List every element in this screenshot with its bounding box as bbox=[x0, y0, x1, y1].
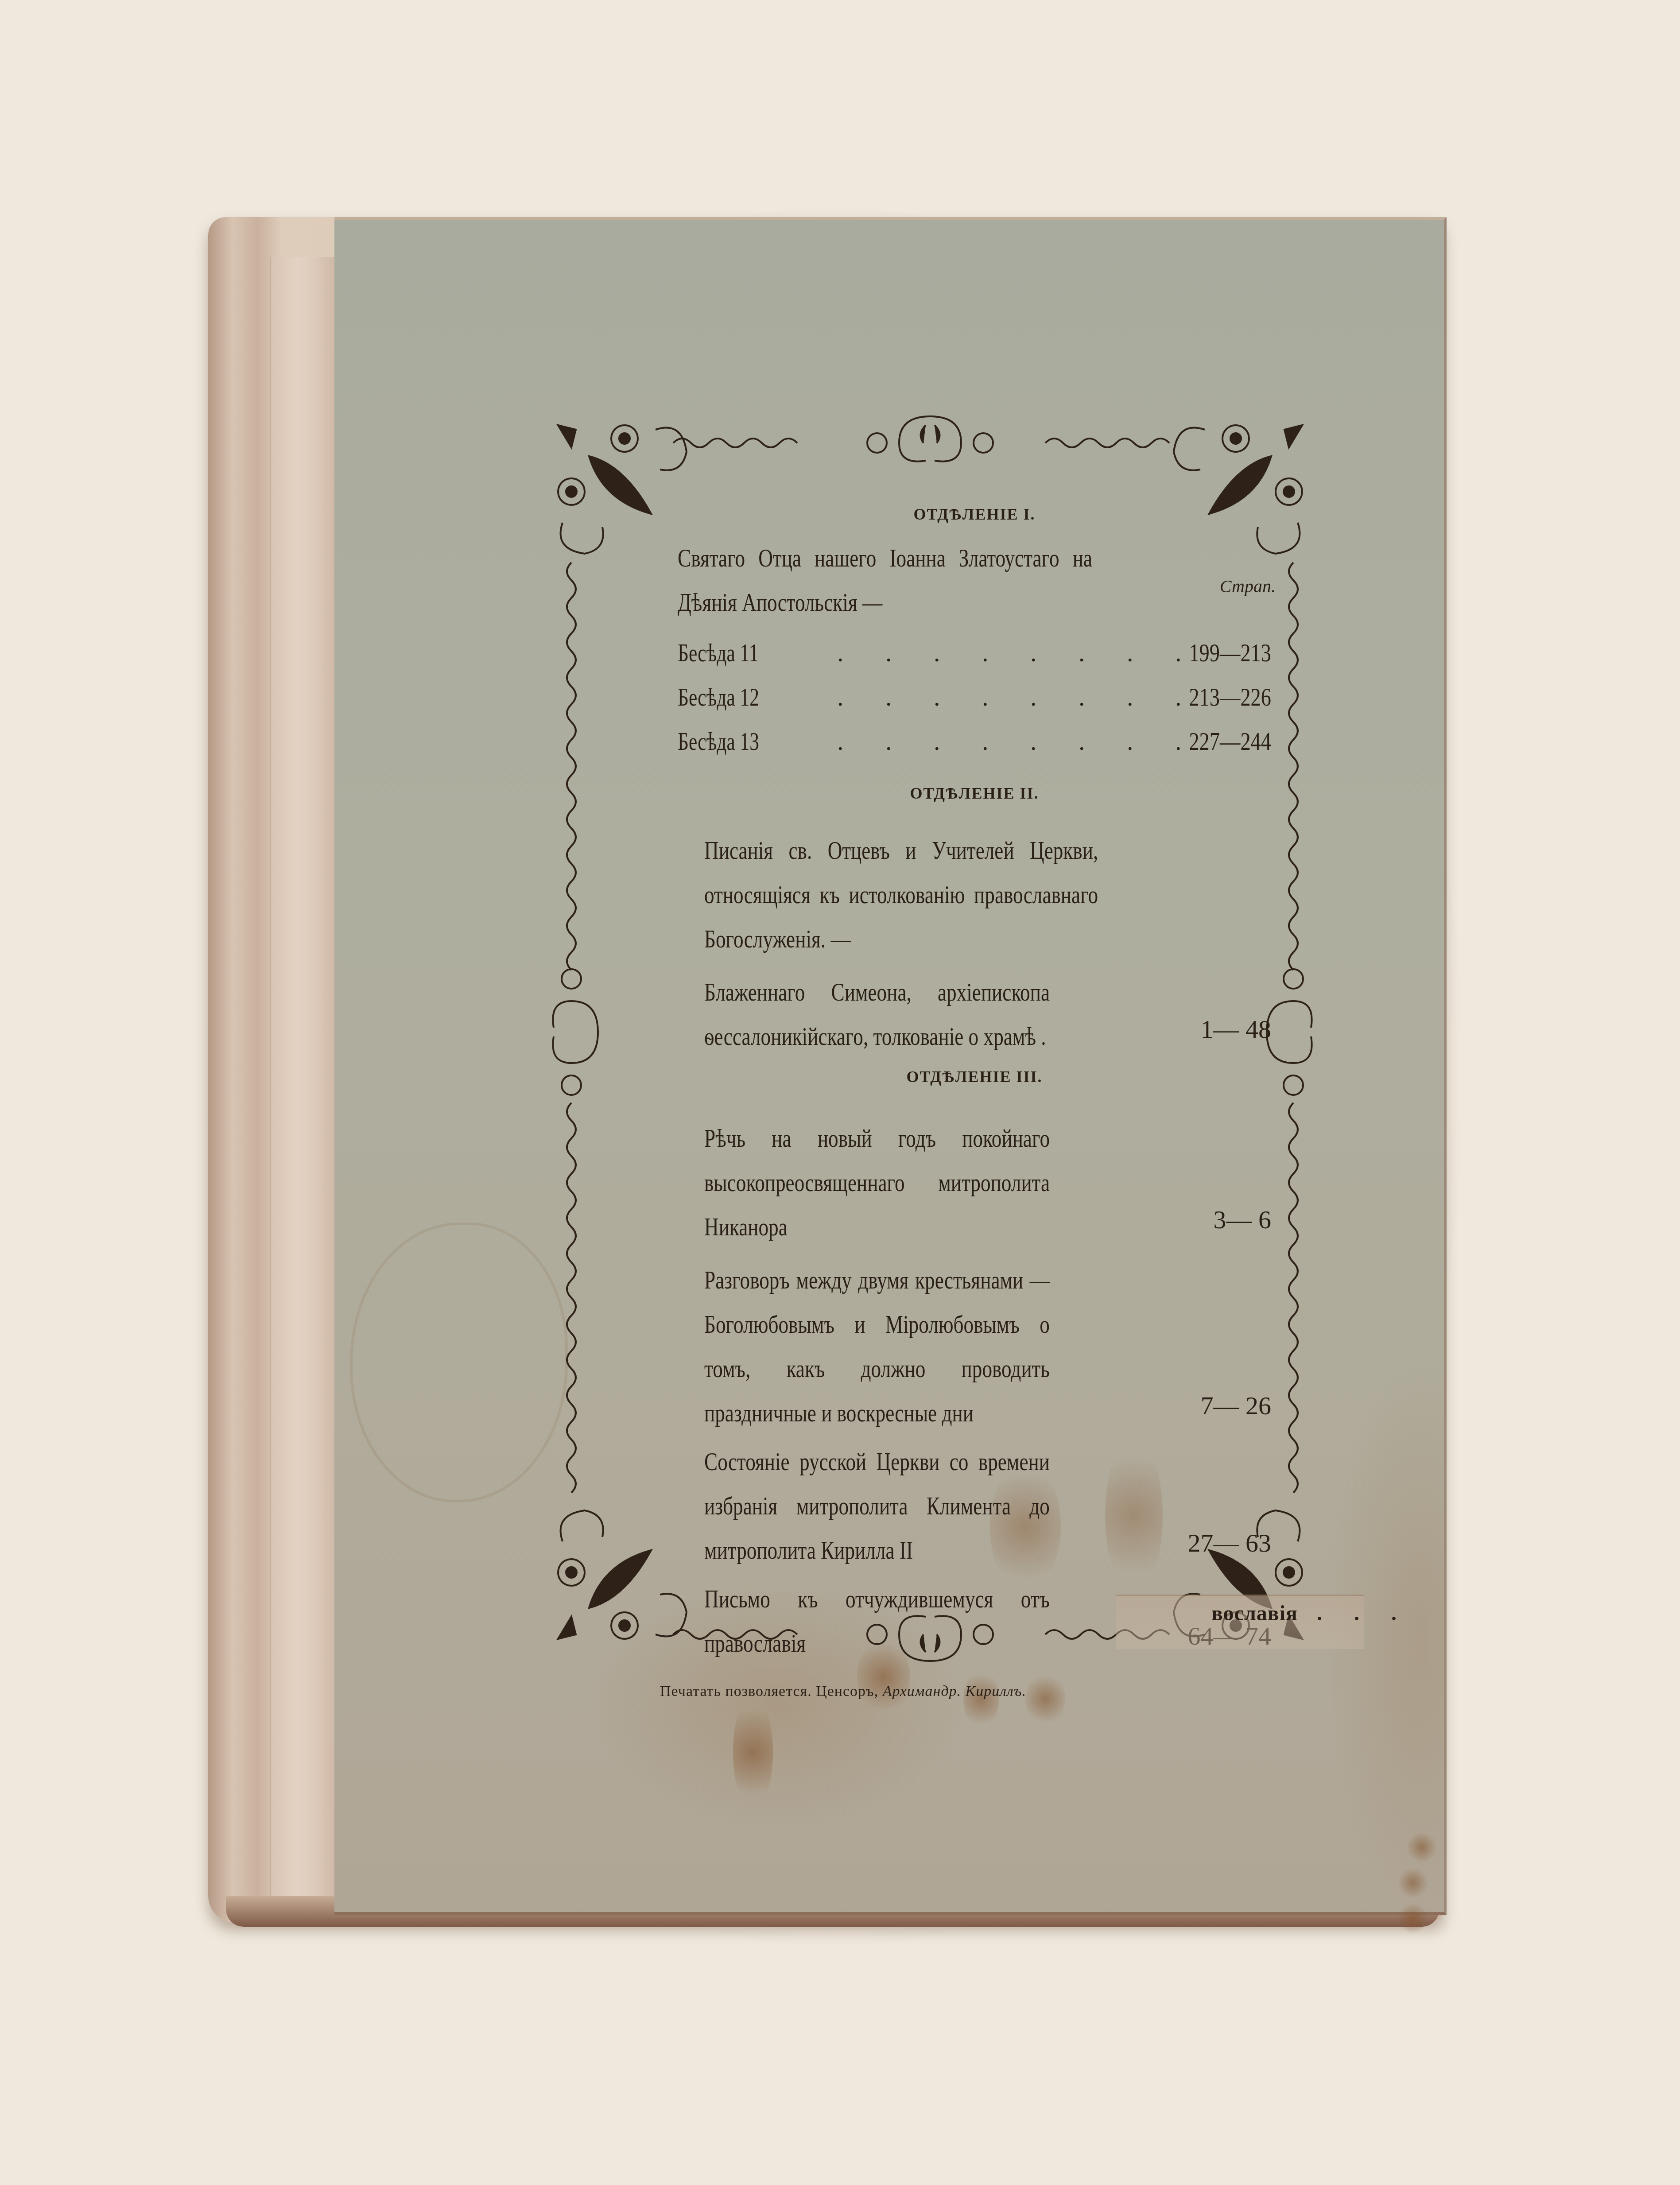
spine-strip bbox=[270, 257, 339, 1896]
entry-title: Рѣчь на новый годъ покойнаго высокопреос… bbox=[704, 1116, 1050, 1249]
section-heading: ОТДѢЛЕНІЕ II. bbox=[678, 784, 1271, 828]
entry-pages: 7— 26 bbox=[1201, 1391, 1272, 1420]
section-2: ОТДѢЛЕНІЕ II. Писанія св. Отцевъ и Учите… bbox=[678, 784, 1271, 1059]
entry-title: Бесѣда 13 bbox=[678, 726, 759, 756]
entry-title: Письмо къ отчуждившемуся отъ православія bbox=[704, 1577, 1050, 1665]
slip-dots: . . . bbox=[1317, 1602, 1410, 1625]
entry-title: Разговоръ между двумя крестьянами — Бого… bbox=[704, 1258, 1050, 1435]
leader-dots: . . . . . . . . bbox=[837, 638, 1199, 668]
water-stain bbox=[1406, 1832, 1437, 1863]
entry-pages: 213—226 bbox=[1189, 682, 1271, 712]
imprimatur-censor: Ценсоръ, bbox=[816, 1683, 878, 1700]
water-stain bbox=[1397, 1867, 1428, 1898]
entry-pages: 1— 48 bbox=[1201, 1014, 1272, 1044]
slip-word: вославія bbox=[1211, 1602, 1298, 1625]
leader-dots: . . . . . . . . bbox=[837, 682, 1199, 712]
section-intro: Писанія св. Отцевъ и Учителей Церкви, от… bbox=[704, 828, 1098, 961]
imprimatur-signature: Архимандр. Кириллъ. bbox=[883, 1683, 1026, 1700]
censor-imprimatur: Печатать позволяется. Ценсоръ, Архимандр… bbox=[660, 1683, 1214, 1700]
water-stain bbox=[733, 1695, 773, 1810]
toc-entry: Рѣчь на новый годъ покойнаго высокопреос… bbox=[678, 1116, 1271, 1249]
entry-title: Бесѣда 12 bbox=[678, 682, 759, 712]
section-heading: ОТДѢЛЕНІЕ I. bbox=[678, 505, 1271, 536]
water-stain bbox=[1397, 1903, 1428, 1934]
section-heading: ОТДѢЛЕНІЕ III. bbox=[678, 1067, 1271, 1116]
section-3: ОТДѢЛЕНІЕ III. Рѣчь на новый годъ покойн… bbox=[678, 1067, 1271, 1665]
section-1: ОТДѢЛЕНІЕ I. Святаго Отца нашего Іоанна … bbox=[678, 505, 1271, 771]
toc-entry: Бесѣда 13 . . . . . . . . 227—244 bbox=[678, 726, 1271, 771]
entry-pages: 199—213 bbox=[1189, 638, 1271, 668]
toc-entry: Бесѣда 12 . . . . . . . . 213—226 bbox=[678, 682, 1271, 726]
pages-column-label: Страп. bbox=[1220, 576, 1276, 597]
toc-entry: Состояніе русской Церкви со времени избр… bbox=[678, 1440, 1271, 1572]
imprimatur-permission: Печатать позволяется. bbox=[660, 1683, 812, 1700]
entry-title: Блаженнаго Симеона, архіепископа ѳессало… bbox=[704, 970, 1050, 1059]
leader-dots: . . . . . . . . bbox=[837, 726, 1199, 756]
table-of-contents: ОТДѢЛЕНІЕ I. Святаго Отца нашего Іоанна … bbox=[678, 505, 1271, 1665]
toc-entry: Бесѣда 11 . . . . . . . . 199—213 bbox=[678, 638, 1271, 682]
entry-title: Состояніе русской Церкви со времени избр… bbox=[704, 1440, 1050, 1572]
entry-pages: 227—244 bbox=[1189, 726, 1271, 756]
entry-pages: 3— 6 bbox=[1214, 1205, 1272, 1234]
toc-entry: Разговоръ между двумя крестьянами — Бого… bbox=[678, 1258, 1271, 1435]
entry-pages: 27— 63 bbox=[1188, 1528, 1272, 1558]
entry-title: Бесѣда 11 bbox=[678, 638, 758, 668]
pasted-slip-text: вославія . . . bbox=[1211, 1601, 1410, 1626]
section-intro: Святаго Отца нашего Іоанна Златоустаго н… bbox=[678, 536, 1092, 625]
